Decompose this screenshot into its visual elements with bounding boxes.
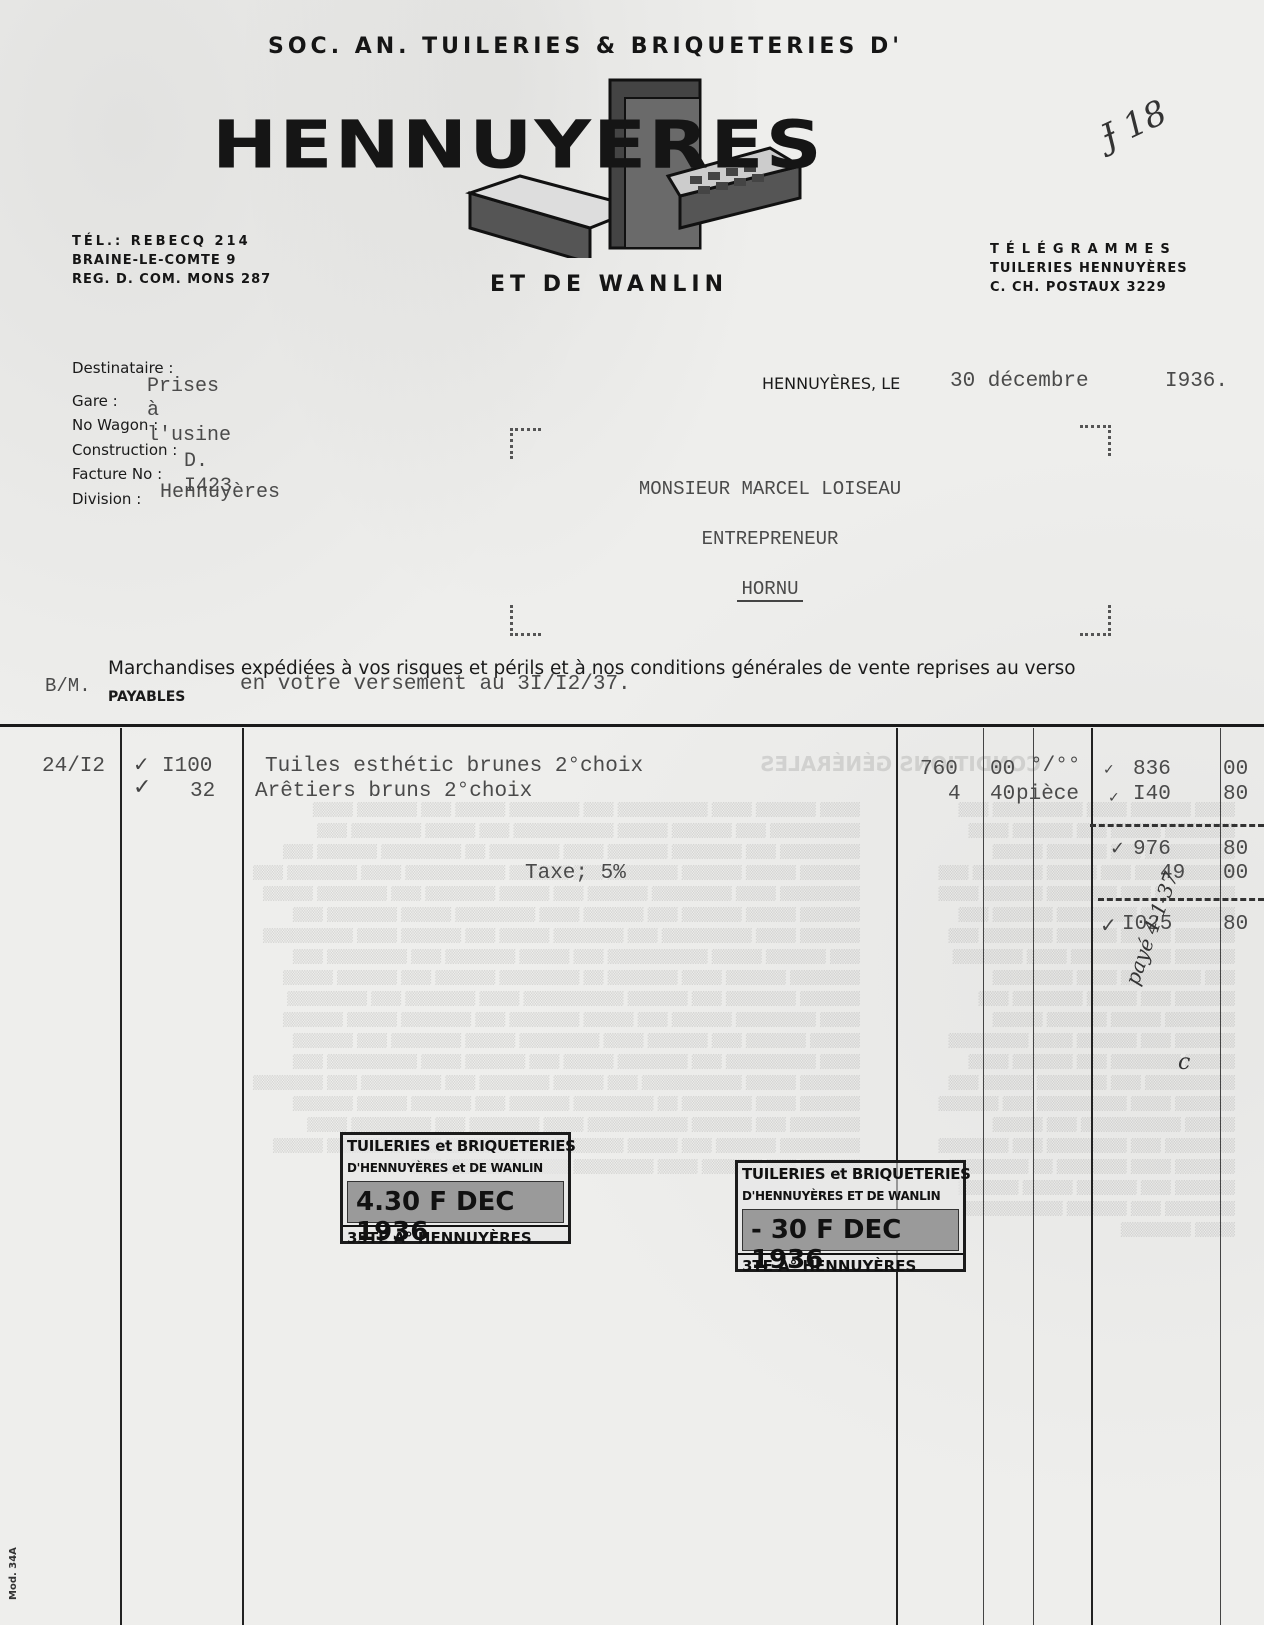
line-description: Arêtiers bruns 2°choix bbox=[255, 780, 532, 803]
phone-line-2: BRAINE-LE-COMTE 9 bbox=[72, 251, 271, 270]
address-corner-mark bbox=[1080, 605, 1111, 636]
check-icon: ✓ bbox=[1100, 913, 1117, 937]
column-divider bbox=[242, 728, 244, 1625]
field-label: Gare : bbox=[72, 392, 118, 410]
check-icon: ✓ bbox=[133, 775, 151, 800]
dateline-year: I936. bbox=[1165, 370, 1228, 393]
address-corner-mark bbox=[1080, 425, 1111, 456]
line-description: Tuiles esthétic brunes 2°choix bbox=[265, 755, 643, 778]
line-amount: I40 bbox=[1133, 783, 1171, 806]
field-label: No Wagon : bbox=[72, 416, 158, 434]
dateline-place: HENNUYÈRES, LE bbox=[762, 374, 900, 393]
fiscal-stamp: TUILERIES et BRIQUETERIES D'HENNUYÈRES E… bbox=[735, 1160, 966, 1272]
handwritten-initial: c bbox=[1178, 1050, 1190, 1075]
field-label: Facture No : bbox=[72, 465, 162, 483]
field-label: Construction : bbox=[72, 441, 177, 459]
telegram-label: TÉLÉGRAMMES bbox=[990, 240, 1188, 259]
shipping-fields: Destinataire : Gare :Prises à l'usine No… bbox=[72, 356, 177, 503]
check-icon: ✓ bbox=[133, 752, 150, 776]
form-code: Mod. 34A bbox=[8, 1547, 19, 1600]
stamp-header: TUILERIES et BRIQUETERIES bbox=[738, 1163, 963, 1185]
subtotal-amount: 976 bbox=[1133, 838, 1171, 861]
company-subtitle: ET DE WANLIN bbox=[490, 272, 728, 297]
line-quantity: I100 bbox=[162, 755, 212, 778]
stamp-image: - 30 F DEC 1936 bbox=[742, 1209, 959, 1251]
company-legal-name: SOC. AN. TUILERIES & BRIQUETERIES D' bbox=[268, 34, 903, 59]
tax-label: Taxe; 5% bbox=[525, 862, 626, 885]
contact-block-left: TÉL.: REBECQ 214 BRAINE-LE-COMTE 9 REG. … bbox=[72, 232, 271, 289]
dateline-date: 30 décembre bbox=[950, 370, 1089, 393]
subtotal-rule bbox=[1090, 824, 1264, 827]
stamp-header: TUILERIES et BRIQUETERIES bbox=[343, 1135, 568, 1157]
line-unit: °/°° bbox=[1030, 755, 1080, 778]
line-date: 24/I2 bbox=[42, 755, 105, 778]
column-divider bbox=[1033, 728, 1034, 1625]
addressee-city: HORNU bbox=[560, 578, 980, 600]
check-icon: ✓ bbox=[1110, 838, 1125, 859]
line-unit-price-cents: 40 bbox=[990, 783, 1015, 806]
column-divider bbox=[983, 728, 984, 1625]
address-corner-mark bbox=[510, 428, 541, 459]
addressee-occupation: ENTREPRENEUR bbox=[560, 528, 980, 550]
line-unit-price: 4 bbox=[948, 783, 961, 806]
stamp-cancel-date: 4.30 F DEC 1936 bbox=[356, 1187, 563, 1247]
field-construction: Construction : bbox=[72, 438, 177, 463]
tax-cents: 00 bbox=[1223, 862, 1248, 885]
stamp-header-2: D'HENNUYÈRES et DE WANLIN bbox=[343, 1157, 568, 1179]
line-quantity: 32 bbox=[190, 780, 215, 803]
column-divider bbox=[1220, 728, 1221, 1625]
handwritten-note-top: Ɉ 18 bbox=[1095, 93, 1173, 158]
verso-bleed-text: ▒▒▒▒ ▒▒▒▒▒▒ ▒▒▒▒ ▒▒▒▒▒▒▒▒▒ ▒▒▒ ▒▒▒▒▒▒▒ ▒… bbox=[250, 800, 860, 1178]
line-unit-price: 760 bbox=[920, 758, 958, 781]
payment-terms: en votre versement au 3I/I2/37. bbox=[240, 673, 631, 696]
column-divider bbox=[1091, 728, 1093, 1625]
table-top-rule bbox=[0, 724, 1264, 727]
line-amount: 836 bbox=[1133, 758, 1171, 781]
stamp-image: 4.30 F DEC 1936 bbox=[347, 1181, 564, 1223]
registry-line: REG. D. COM. MONS 287 bbox=[72, 270, 271, 289]
company-brand-name: HENNUYERES bbox=[212, 112, 824, 178]
column-divider bbox=[120, 728, 122, 1625]
telegram-address: TUILERIES HENNUYÈRES bbox=[990, 259, 1188, 278]
addressee-name: MONSIEUR MARCEL LOISEAU bbox=[560, 478, 980, 500]
reference-initials: B/M. bbox=[45, 675, 91, 697]
line-amount-cents: 00 bbox=[1223, 758, 1248, 781]
fiscal-stamp: TUILERIES et BRIQUETERIES D'HENNUYÈRES e… bbox=[340, 1132, 571, 1244]
total-cents: 80 bbox=[1223, 913, 1248, 936]
city-text: HORNU bbox=[737, 578, 802, 602]
postal-account: C. CH. POSTAUX 3229 bbox=[990, 278, 1188, 297]
line-unit: pièce bbox=[1016, 783, 1079, 806]
check-icon: ✓ bbox=[1103, 762, 1115, 778]
contact-block-right: TÉLÉGRAMMES TUILERIES HENNUYÈRES C. CH. … bbox=[990, 240, 1188, 297]
subtotal-cents: 80 bbox=[1223, 838, 1248, 861]
phone-line: TÉL.: REBECQ 214 bbox=[72, 232, 271, 251]
address-corner-mark bbox=[510, 605, 541, 636]
line-amount-cents: 80 bbox=[1223, 783, 1248, 806]
verso-bleed-text: ▒▒▒▒ ▒▒▒▒▒▒ ▒▒▒▒ ▒▒▒▒▒▒▒▒▒ ▒▒▒ ▒▒▒▒▒▒▒ ▒… bbox=[935, 800, 1235, 1241]
field-label: Division : bbox=[72, 490, 141, 508]
stamp-header-2: D'HENNUYÈRES ET DE WANLIN bbox=[738, 1185, 963, 1207]
field-division: Division :Hennuyères bbox=[72, 487, 177, 512]
check-icon: ✓ bbox=[1108, 790, 1120, 806]
field-wagon: No Wagon : bbox=[72, 413, 177, 438]
line-unit-price-cents: 00 bbox=[990, 758, 1015, 781]
field-gare: Gare :Prises à l'usine bbox=[72, 389, 177, 414]
stamp-cancel-date: - 30 F DEC 1936 bbox=[751, 1215, 958, 1275]
payables-label: PAYABLES bbox=[108, 689, 185, 705]
total-rule bbox=[1098, 898, 1264, 901]
field-value: Hennuyères bbox=[160, 481, 280, 506]
